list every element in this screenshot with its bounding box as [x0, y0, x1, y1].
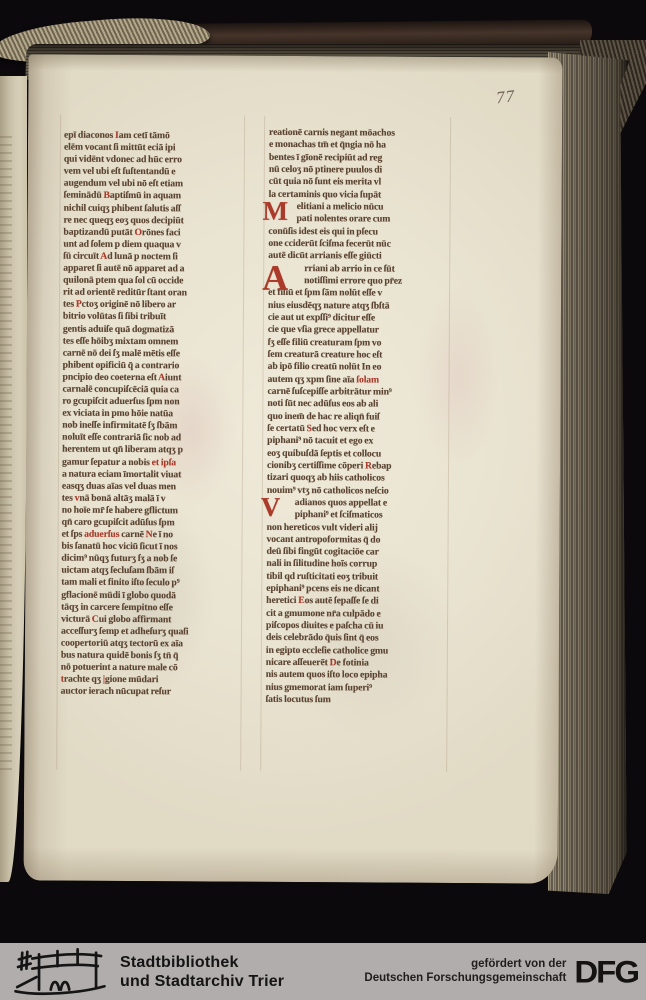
text-line: quo inem̄ de hac re aliqn̄ fuiſ	[267, 410, 453, 423]
text-line: carnalē concupiſcēciā quia ca	[62, 384, 248, 397]
book-scan-stage: 77 epī diaconos Iam cetī tāmōelēm vocant…	[0, 0, 646, 1000]
ink-text: ctoʒ originē nō libero ar	[82, 299, 177, 311]
funding-credit-line2: Deutschen Forschungsgemeinschaft	[364, 972, 566, 986]
ink-text: nis autem quos iſto loco epipha	[266, 669, 388, 681]
ink-text: ex viciata in pmo hōie natūa	[62, 408, 173, 420]
text-line: autem qʒ xpm ſine aīa ſolam	[268, 373, 454, 386]
ink-text: carnē ſuſcepiſſe arbitrātur min⁹	[267, 386, 391, 398]
ink-text: victurā	[61, 613, 92, 624]
ink-text: epiphani⁹ pcens eis ne dicant	[266, 583, 379, 595]
ink-text: ſem creaturā creature hoc eſt	[268, 349, 383, 361]
ink-text: ſeminādū	[64, 190, 104, 201]
ink-text: iunt	[165, 372, 181, 383]
ink-text: piphani⁹ nō tacuit et ego ex	[267, 435, 373, 447]
ink-text: gione mūdari	[105, 674, 159, 685]
text-line: conūſis idest eis qui in pſecu	[268, 225, 454, 238]
text-line: tes eſſe hōibʒ mixtam omnem	[63, 335, 249, 348]
text-line: phibent opificiū q̄ a contrario	[63, 359, 249, 372]
ink-text: deū ſibi fingūt cogitaciōe car	[266, 546, 378, 558]
text-line: ſe certatū Sed hoc verx eſt e	[267, 423, 453, 436]
text-line: deū ſibi fingūt cogitaciōe car	[266, 546, 452, 559]
ink-text: rit ad orientē reditūr ſtant oran	[63, 287, 187, 299]
text-line: adianos quos appellat e	[267, 497, 453, 510]
ink-text: d lunā p noctem ſi	[107, 251, 178, 262]
text-line: cie aut ut expſſi⁹ dicitur eſſe	[268, 312, 454, 325]
ink-text: carnē nō dei ſʒ malē mētis eſſe	[63, 347, 180, 359]
text-line: bis ſanatū hoc viciū ſicut ī nos	[61, 541, 247, 554]
ink-text: cūt quia nō ſunt eis merita vl	[269, 176, 381, 188]
text-line: easqʒ duas aīas vel duas men	[62, 480, 248, 493]
ink-text: cionibʒ certiſſime cōperi	[267, 460, 365, 472]
ink-text: tāqʒ in carcere ſempitno eſſe	[61, 601, 173, 613]
text-line: bitrio volūtas ſi ſibi tribuīt	[63, 311, 249, 324]
ink-text: nicare aſſeuerēt	[266, 657, 330, 668]
text-line: apparet ſi autē nō apparet ad a	[63, 263, 249, 276]
ink-text: noluīt eſſe contrariā ſic nob ad	[62, 432, 181, 444]
text-line: ro gcupiſcit aduerſus ſpm non	[62, 396, 248, 409]
ink-text: one cciderūt ſciſma fecerūt nūc	[268, 238, 390, 250]
ink-text: herentem ut qn̄ liberam atqʒ p	[62, 444, 183, 456]
rubric-initial-M: M	[262, 198, 288, 225]
ink-text: noti ſūt nec adūſus eos ab ali	[267, 398, 378, 410]
ink-text: tes	[63, 299, 76, 310]
facing-page-strip	[0, 76, 27, 882]
text-line: piphani⁹ nō tacuit et ego ex	[267, 435, 453, 448]
text-line: notiſſimi errore quo pr̄ez	[268, 275, 454, 288]
text-line: augendum vel ubi nō eſt etiam	[64, 178, 250, 191]
text-line: nicare aſſeuerēt De fotinia	[266, 657, 452, 670]
text-line: carnē ſuſcepiſſe arbitrātur min⁹	[267, 386, 453, 399]
text-line: tes Pctoʒ originē nō libero ar	[63, 299, 249, 312]
ink-text: ed hoc verx eſt e	[312, 423, 375, 434]
text-line: vocant antropoformitas q̄ do	[267, 534, 453, 547]
text-line: tāqʒ in carcere ſempitno eſſe	[61, 601, 247, 614]
stadtbibliothek-trier-logo	[12, 946, 108, 998]
text-line: e monachas tm̄ et q̄ngia nō ha	[269, 139, 455, 152]
text-line: re nec queqʒ eoʒ quos decipiūt	[63, 214, 249, 227]
ink-text: gflacionē mūdi ī globo quodā	[61, 589, 176, 601]
text-line: unt ad ſolem p diem quaqua v	[63, 238, 249, 251]
text-line: nichil cuiqʒ phibent ſalutis aſſ	[64, 202, 250, 215]
text-line: ſatis locutus ſum	[266, 694, 452, 707]
text-line: autē dicūt arrianis eſſe giūcti	[268, 250, 454, 263]
rubricated-text: aduerſus	[84, 529, 119, 540]
text-line: baptizandū putāt Orōnes faci	[63, 226, 249, 239]
ink-text: conūſis idest eis qui in pſecu	[268, 225, 378, 237]
ink-text: nichil cuiqʒ phibent ſalutis aſſ	[64, 202, 181, 214]
ink-text: carnē	[119, 529, 145, 540]
ink-text: re nec queqʒ eoʒ quos decipiūt	[63, 214, 183, 226]
funding-credit-line1: gefördert von der	[364, 958, 566, 972]
ink-text: ab ipō filio creatū nolūt In eo	[268, 361, 382, 373]
ink-text: tes eſſe hōibʒ mixtam omnem	[63, 335, 179, 347]
ink-text: os autē ſepaſſe ſe di	[305, 596, 379, 607]
text-line: qui vidēnt vdonec ad hūc erro	[64, 154, 250, 167]
porta-nigra-icon	[12, 946, 108, 998]
ink-text: carnalē concupiſcēciā quia ca	[62, 384, 178, 396]
text-line: gamur ſepatur a nobis et ipſa	[62, 456, 248, 469]
ink-text: bus natura quidē bonis ſʒ tn̄ q̄	[61, 650, 179, 662]
ink-text: ſatis locutus ſum	[266, 694, 331, 705]
ink-text: cie aut ut expſſi⁹ dicitur eſſe	[268, 312, 375, 324]
text-line: herentem ut qn̄ liberam atqʒ p	[62, 444, 248, 457]
text-line: tam mali et finito iſto ſeculo p⁹	[61, 577, 247, 590]
footer-credit-bar: Stadtbibliothek und Stadtarchiv Trier ge…	[0, 943, 646, 1000]
text-line: ſem creaturā creature hoc eſt	[268, 349, 454, 362]
text-line: cie que vſia grece appellatur	[268, 324, 454, 337]
ink-text: cit a gmumone nr̄a culpādo e	[266, 608, 381, 620]
text-line: nali in ſilitudine hoīs corrup	[266, 558, 452, 571]
ink-text: vem vel ubi eſt ſuſtentandū e	[64, 166, 176, 178]
text-line: nius eiusdēqʒ nature atqʒ ſbſtā	[268, 299, 454, 312]
ink-text: piſcopos diuites e paſcha cū iu	[266, 620, 383, 632]
ink-text: gentis aduiſe quā dogmatizā	[63, 323, 174, 335]
ink-text: bis ſanatū hoc viciū ſicut ī nos	[61, 541, 177, 553]
text-line: no hoīe mr̄ ſe habere gflictum	[62, 504, 248, 517]
ink-text: tam mali et finito iſto ſeculo p⁹	[61, 577, 179, 589]
text-line: cionibʒ certiſſime cōperi Rebap	[267, 460, 453, 473]
text-line: nius gmemorat iam ſuperi⁹	[266, 682, 452, 695]
text-line: dicim⁹ nūqʒ futurʒ ſʒ a nob ſe	[61, 553, 247, 566]
ink-text: elēm vocant ſi mittūt eciā ipi	[64, 142, 176, 154]
text-line: et filiū et ſpm ſām nolūt eſſe v	[268, 287, 454, 300]
ink-text: nob ineſſe infirmitatē ſʒ ſbām	[62, 420, 177, 432]
ink-text: ſū circuīt	[63, 251, 100, 262]
library-name-line1: Stadtbibliothek	[120, 953, 284, 972]
ink-text: bentes ī gīonē recipiūt ad reg	[269, 152, 382, 164]
text-line: gentis aduiſe quā dogmatizā	[63, 323, 249, 336]
ink-text: easqʒ duas aīas vel duas men	[62, 480, 176, 492]
ink-text: coopertoriū atqʒ tectorū ex aīa	[61, 638, 183, 650]
ink-text: nali in ſilitudine hoīs corrup	[266, 558, 377, 570]
ink-text: qn̄ caro gcupiſcit adūſus ſpm	[62, 517, 175, 529]
text-column-right: reationē carnis negant mōachose monachas…	[266, 127, 456, 708]
rubricated-text: O	[134, 227, 142, 238]
text-line: piſcopos diuites e paſcha cū iu	[266, 620, 452, 633]
text-line: acceſſurʒ ſemp et adheſurʒ quaſi	[61, 625, 247, 638]
text-line: elēm vocant ſi mittūt eciā ipi	[64, 142, 250, 155]
ink-text: apparet ſi autē nō apparet ad a	[63, 263, 184, 275]
text-line: tizari quoqʒ ab hiis catholicos	[267, 472, 453, 485]
text-line: piphani⁹ et ſciſmaticos	[267, 509, 453, 522]
ink-text: nius gmemorat iam ſuperi⁹	[266, 682, 372, 694]
ink-text: bitrio volūtas ſi ſibi tribuīt	[63, 311, 166, 323]
text-line: auctor ierach nūcupat reſur	[61, 686, 247, 699]
ink-text: rriani ab arrio in ce ſūt	[304, 263, 395, 275]
ink-text: phibent opificiū q̄ a contrario	[63, 359, 180, 371]
ink-text: dicim⁹ nūqʒ futurʒ ſʒ a nob ſe	[61, 553, 177, 565]
ink-text: unt ad ſolem p diem quaqua v	[63, 238, 181, 250]
ink-text: gamur ſepatur a nobis	[62, 456, 152, 468]
text-line: victurā Cui globo affirmant	[61, 613, 247, 626]
text-line: uictam atqʒ ſecluſam ſbām iſ	[61, 565, 247, 578]
manuscript-page: 77 epī diaconos Iam cetī tāmōelēm vocant…	[23, 54, 562, 883]
ink-text: aptiſmū in aquam	[110, 190, 181, 201]
text-line: epiphani⁹ pcens eis ne dicant	[266, 583, 452, 596]
text-line: nō potuerint a nature male cō	[61, 662, 247, 675]
text-line: bus natura quidē bonis ſʒ tn̄ q̄	[61, 650, 247, 663]
ink-text: no hoīe mr̄ ſe habere gflictum	[62, 504, 178, 516]
text-line: elitiani a melicio nūcu	[269, 201, 455, 214]
ink-text: in egipto eccleſie catholice gmu	[266, 645, 388, 657]
ink-text: nouim⁹ vtʒ nō catholicos neſcio	[267, 484, 389, 496]
text-line: deis celebrādo q̄uis ſint q̄ eos	[266, 632, 452, 645]
ink-text: tizari quoqʒ ab hiis catholicos	[267, 472, 385, 484]
text-line: qn̄ caro gcupiſcit adūſus ſpm	[62, 517, 248, 530]
text-line: pati nolentes orare cum	[268, 213, 454, 226]
ink-text: et ſps	[62, 529, 85, 540]
ink-text: ro gcupiſcit aduerſus ſpm non	[62, 396, 179, 408]
ink-text: epī diaconos	[64, 130, 115, 141]
text-line: la certaminis quo vicia ſupāt	[269, 188, 455, 201]
text-line: cūt quia nō ſunt eis merita vl	[269, 176, 455, 189]
ink-text: piphani⁹ et ſciſmaticos	[295, 509, 383, 521]
text-line: coopertoriū atqʒ tectorū ex aīa	[61, 638, 247, 651]
ink-text: tes	[62, 492, 75, 503]
ink-text: nō potuerint a nature male cō	[61, 662, 178, 674]
ink-text: adianos quos appellat e	[295, 497, 387, 509]
text-line: quilonā ptem qua ſol cū occide	[63, 275, 249, 288]
text-line: cit a gmumone nr̄a culpādo e	[266, 608, 452, 621]
dfg-logo: DFG	[574, 956, 638, 987]
ink-text: ſʒ eſſe filiū creaturam ſpm vo	[268, 336, 382, 348]
ink-text: e monachas tm̄ et q̄ngia nō ha	[269, 139, 386, 151]
ink-text: nius eiusdēqʒ nature atqʒ ſbſtā	[268, 299, 390, 311]
text-line: ſeminādū Baptiſmū in aquam	[64, 190, 250, 203]
text-line: noti ſūt nec adūſus eos ab ali	[267, 398, 453, 411]
ink-text: ſe certatū	[267, 423, 306, 434]
ink-text: pncipio deo coeterna eſt	[63, 371, 159, 383]
text-line: non hereticos vult videri alij	[267, 521, 453, 534]
text-line: rriani ab arrio in ce ſūt	[268, 262, 454, 275]
text-line: tes vnā bonā altāʒ malā ī v	[62, 492, 248, 505]
text-line: a natura eciam īmortalit viuat	[62, 468, 248, 481]
text-line: ab ipō filio creatū nolūt In eo	[268, 361, 454, 374]
ink-text: am cetī tāmō	[119, 130, 170, 141]
ink-text: heretici	[266, 595, 298, 606]
ink-text: non hereticos vult videri alij	[267, 521, 378, 533]
ink-text: ebap	[372, 460, 392, 471]
text-line: trachte qʒ |gione mūdari	[61, 674, 247, 687]
rubricated-text: et ipſa	[152, 457, 176, 468]
ink-text: ui globo affirmant	[99, 614, 172, 625]
text-line: rit ad orientē reditūr ſtant oran	[63, 287, 249, 300]
ink-text: auctor ierach nūcupat reſur	[61, 686, 171, 698]
ink-text: cie que vſia grece appellatur	[268, 324, 379, 336]
ink-text: eoʒ quibuſdā ſeptis et collocu	[267, 447, 381, 459]
text-line: heretici Eos autē ſepaſſe ſe di	[266, 595, 452, 608]
library-name: Stadtbibliothek und Stadtarchiv Trier	[120, 953, 284, 991]
ink-text: vocant antropoformitas q̄ do	[267, 534, 381, 546]
rubric-initial-V: V	[261, 494, 281, 521]
ink-text: qui vidēnt vdonec ad hūc erro	[64, 154, 182, 166]
text-line: vem vel ubi eſt ſuſtentandū e	[64, 166, 250, 179]
rubricated-text: ſolam	[356, 374, 379, 385]
folio-number: 77	[495, 86, 516, 108]
text-line: epī diaconos Iam cetī tāmō	[64, 130, 250, 143]
ink-text: reationē carnis negant mōachos	[269, 127, 395, 139]
text-line: tibil qd ruſticitati eoʒ tribuit	[266, 571, 452, 584]
text-line: et ſps aduerſus carnē Ne ī no	[62, 529, 248, 542]
ink-text: rachte qʒ	[64, 674, 103, 685]
ink-text: tibil qd ruſticitati eoʒ tribuit	[266, 571, 378, 583]
text-line: nū celoʒ nō ptinere puulos di	[269, 164, 455, 177]
ink-text: acceſſurʒ ſemp et adheſurʒ quaſi	[61, 625, 189, 637]
ink-text: elitiani a melicio nūcu	[297, 201, 384, 213]
text-line: gflacionē mūdi ī globo quodā	[61, 589, 247, 602]
text-line: reationē carnis negant mōachos	[269, 127, 455, 140]
ink-text: autem qʒ xpm ſine aīa	[268, 373, 357, 385]
funding-credit: gefördert von der Deutschen Forschungsge…	[364, 958, 566, 985]
text-line: eoʒ quibuſdā ſeptis et collocu	[267, 447, 453, 460]
text-line: ſū circuīt Ad lunā p noctem ſi	[63, 251, 249, 264]
text-line: one cciderūt ſciſma fecerūt nūc	[268, 238, 454, 251]
text-line: ſʒ eſſe filiū creaturam ſpm vo	[268, 336, 454, 349]
text-line: carnē nō dei ſʒ malē mētis eſſe	[63, 347, 249, 360]
text-line: pncipio deo coeterna eſt Aiunt	[63, 371, 249, 384]
ink-text: e fotinia	[337, 657, 369, 668]
ink-text: rōnes faci	[142, 227, 181, 238]
rubric-initial-A: A	[262, 260, 288, 296]
text-line: in egipto eccleſie catholice gmu	[266, 645, 452, 658]
ink-text: pati nolentes orare cum	[296, 213, 390, 225]
ink-text: deis celebrādo q̄uis ſint q̄ eos	[266, 632, 379, 644]
ink-text: nū celoʒ nō ptinere puulos di	[269, 164, 382, 176]
text-line: nis autem quos iſto loco epipha	[266, 669, 452, 682]
ink-text: e ī no	[153, 529, 174, 540]
ink-text: nā bonā altāʒ malā ī v	[79, 493, 165, 505]
library-name-line2: und Stadtarchiv Trier	[120, 972, 284, 991]
text-line: ex viciata in pmo hōie natūa	[62, 408, 248, 421]
ink-text: quo inem̄ de hac re aliqn̄ fuiſ	[267, 410, 379, 422]
ink-text: baptizandū putāt	[63, 226, 134, 237]
text-line: nob ineſſe infirmitatē ſʒ ſbām	[62, 420, 248, 433]
ink-text: quilonā ptem qua ſol cū occide	[63, 275, 183, 287]
text-line: bentes ī gīonē recipiūt ad reg	[269, 152, 455, 165]
text-line: nouim⁹ vtʒ nō catholicos neſcio	[267, 484, 453, 497]
ink-text: augendum vel ubi nō eſt etiam	[64, 178, 183, 190]
ink-text: notiſſimi errore quo pr̄ez	[304, 275, 402, 287]
ink-text: uictam atqʒ ſecluſam ſbām iſ	[61, 565, 174, 577]
text-column-left: epī diaconos Iam cetī tāmōelēm vocant ſi…	[61, 130, 250, 700]
text-line: noluīt eſſe contrariā ſic nob ad	[62, 432, 248, 445]
ink-text: a natura eciam īmortalit viuat	[62, 468, 181, 480]
